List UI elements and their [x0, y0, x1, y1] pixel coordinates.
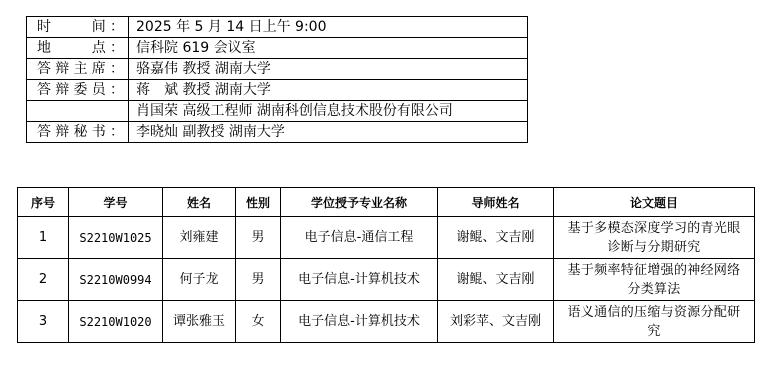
info-label: 时 间： — [27, 17, 129, 38]
header-advisor: 导师姓名 — [438, 188, 554, 217]
info-value-committee-1: 蒋 斌 教授 湖南大学 — [129, 80, 528, 101]
cell-major: 电子信息-计算机技术 — [281, 301, 438, 343]
cell-no: 3 — [18, 301, 69, 343]
header-gender: 性别 — [236, 188, 281, 217]
table-row: 2 S2210W0994 何子龙 男 电子信息-计算机技术 谢鲲、文吉刚 基于频… — [18, 259, 755, 301]
cell-thesis-title: 基于多模态深度学习的青光眼诊断与分期研究 — [554, 217, 755, 259]
cell-thesis-title: 基于频率特征增强的神经网络分类算法 — [554, 259, 755, 301]
cell-gender: 男 — [236, 217, 281, 259]
cell-name: 谭张雅玉 — [163, 301, 236, 343]
table-row: 1 S2210W1025 刘雍建 男 电子信息-通信工程 谢鲲、文吉刚 基于多模… — [18, 217, 755, 259]
info-label: 答辩秘书： — [27, 122, 129, 143]
cell-name: 刘雍建 — [163, 217, 236, 259]
cell-gender: 男 — [236, 259, 281, 301]
header-thesis-title: 论文题目 — [554, 188, 755, 217]
chair-label: 答辩主席： — [37, 59, 124, 79]
cell-no: 2 — [18, 259, 69, 301]
info-label-empty — [27, 101, 129, 122]
info-label: 答辩委员： — [27, 80, 129, 101]
cell-advisor: 刘彩苹、文吉刚 — [438, 301, 554, 343]
info-label: 答辩主席： — [27, 59, 129, 80]
info-value-location: 信科院 619 会议室 — [129, 38, 528, 59]
info-label: 地 点： — [27, 38, 129, 59]
info-row-committee: 答辩委员： 蒋 斌 教授 湖南大学 — [27, 80, 528, 101]
cell-no: 1 — [18, 217, 69, 259]
defense-info-table: 时 间： 2025 年 5 月 14 日上午 9:00 地 点： 信科院 619… — [26, 16, 528, 143]
info-value-chair: 骆嘉伟 教授 湖南大学 — [129, 59, 528, 80]
cell-advisor: 谢鲲、文吉刚 — [438, 259, 554, 301]
cell-name: 何子龙 — [163, 259, 236, 301]
info-row-time: 时 间： 2025 年 5 月 14 日上午 9:00 — [27, 17, 528, 38]
info-row-committee-2: 肖国荣 高级工程师 湖南科创信息技术股份有限公司 — [27, 101, 528, 122]
info-value-committee-2: 肖国荣 高级工程师 湖南科创信息技术股份有限公司 — [129, 101, 528, 122]
header-student-id: 学号 — [69, 188, 163, 217]
committee-label: 答辩委员： — [37, 80, 124, 100]
info-row-chair: 答辩主席： 骆嘉伟 教授 湖南大学 — [27, 59, 528, 80]
cell-thesis-title: 语义通信的压缩与资源分配研究 — [554, 301, 755, 343]
info-value-secretary: 李晓灿 副教授 湖南大学 — [129, 122, 528, 143]
info-row-secretary: 答辩秘书： 李晓灿 副教授 湖南大学 — [27, 122, 528, 143]
students-table: 序号 学号 姓名 性别 学位授予专业名称 导师姓名 论文题目 1 S2210W1… — [17, 187, 755, 343]
cell-student-id: S2210W1020 — [69, 301, 163, 343]
table-row: 3 S2210W1020 谭张雅玉 女 电子信息-计算机技术 刘彩苹、文吉刚 语… — [18, 301, 755, 343]
cell-student-id: S2210W0994 — [69, 259, 163, 301]
cell-student-id: S2210W1025 — [69, 217, 163, 259]
header-major: 学位授予专业名称 — [281, 188, 438, 217]
info-value-time: 2025 年 5 月 14 日上午 9:00 — [129, 17, 528, 38]
header-no: 序号 — [18, 188, 69, 217]
location-label: 地 点： — [37, 38, 124, 58]
secretary-label: 答辩秘书： — [37, 122, 124, 142]
cell-major: 电子信息-通信工程 — [281, 217, 438, 259]
cell-major: 电子信息-计算机技术 — [281, 259, 438, 301]
info-row-location: 地 点： 信科院 619 会议室 — [27, 38, 528, 59]
header-name: 姓名 — [163, 188, 236, 217]
cell-gender: 女 — [236, 301, 281, 343]
table-header-row: 序号 学号 姓名 性别 学位授予专业名称 导师姓名 论文题目 — [18, 188, 755, 217]
time-label: 时 间： — [37, 17, 124, 37]
cell-advisor: 谢鲲、文吉刚 — [438, 217, 554, 259]
